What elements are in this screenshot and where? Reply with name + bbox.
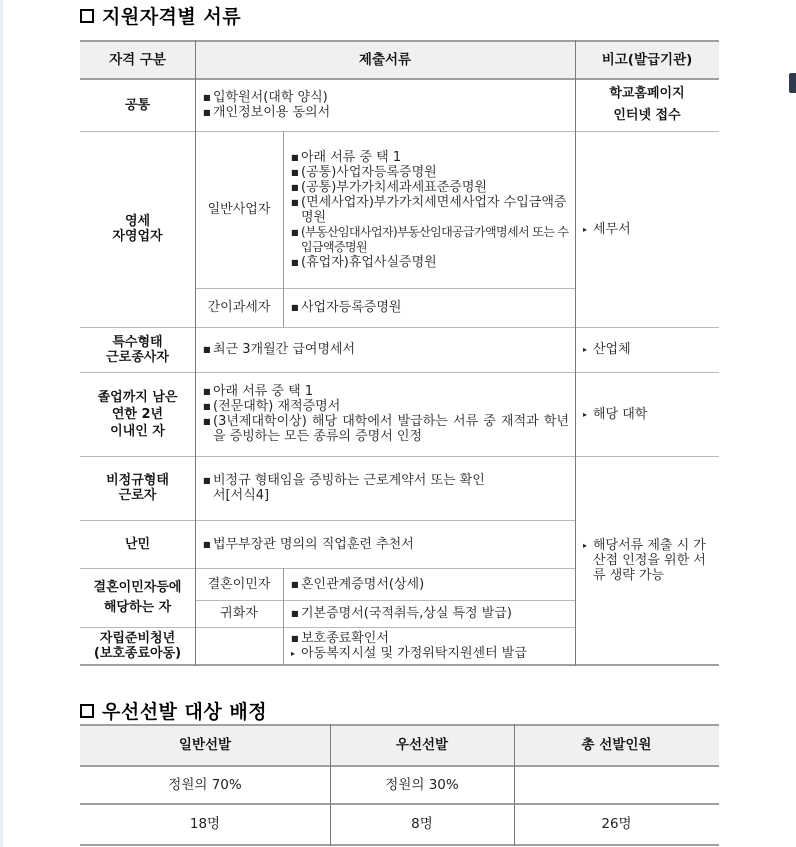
square-bullet-icon: ■ bbox=[291, 255, 299, 270]
row-divider bbox=[80, 327, 719, 328]
row-divider bbox=[80, 627, 575, 628]
row-divider bbox=[80, 568, 575, 569]
independent-youth-docs: ■보호종료확인서 ▸아동복지시설 및 가정위탁지원센터 발급 bbox=[283, 627, 575, 665]
column-divider bbox=[575, 40, 576, 666]
table-bottom-border bbox=[80, 844, 719, 846]
cell-general-count: 18명 bbox=[80, 804, 330, 845]
triangle-bullet-icon: ▸ bbox=[583, 222, 587, 237]
header-bottom-border bbox=[80, 765, 719, 767]
header-bottom-border bbox=[80, 78, 719, 80]
left-edge-strip bbox=[0, 0, 3, 847]
square-bullet-icon: ■ bbox=[203, 105, 211, 120]
marriage-immigrant-docs: ■혼인관계증명서(상세) bbox=[283, 568, 575, 600]
special-workers-docs: ■최근 3개월간 급여명세서 bbox=[195, 327, 575, 372]
header-qualification: 자격 구분 bbox=[80, 41, 195, 79]
common-docs: ■입학원서(대학 양식) ■개인정보이용 동의서 bbox=[195, 79, 575, 131]
square-bullet-icon: ■ bbox=[291, 165, 299, 180]
cell-priority-ratio: 정원의 30% bbox=[330, 766, 514, 804]
row-label-independent-youth: 자립준비청년 (보호종료아동) bbox=[80, 627, 195, 665]
refugee-docs: ■법무부장관 명의의 직업훈련 추천서 bbox=[195, 520, 575, 568]
list-item: ■개인정보이용 동의서 bbox=[203, 105, 330, 120]
triangle-bullet-icon: ▸ bbox=[583, 342, 587, 357]
list-item: ■(공통)부가가치세과세표준증명원 bbox=[291, 180, 569, 195]
header-total-selection: 총 선발인원 bbox=[514, 725, 719, 766]
row-label-marriage-immigrant: 결혼이민자등에 해당하는 자 bbox=[80, 568, 195, 627]
square-bullet-icon: ■ bbox=[291, 577, 299, 592]
square-bullet-icon: ■ bbox=[291, 150, 299, 165]
cell-total-count: 26명 bbox=[514, 804, 719, 845]
graduating-remark: ▸해당 대학 bbox=[575, 372, 719, 456]
section-title-documents: 지원자격별 서류 bbox=[80, 2, 241, 29]
column-divider bbox=[283, 568, 284, 666]
row-label-graduating: 졸업까지 남은 연한 2년 이내인 자 bbox=[80, 372, 195, 456]
list-item: ▸아동복지시설 및 가정위탁지원센터 발급 bbox=[291, 646, 527, 661]
square-bullet-icon: ■ bbox=[203, 384, 211, 399]
scrollbar-thumb[interactable] bbox=[789, 73, 796, 93]
triangle-bullet-icon: ▸ bbox=[583, 407, 587, 422]
list-item: ■아래 서류 중 택 1 bbox=[291, 150, 569, 165]
square-bullet-icon: ■ bbox=[203, 537, 211, 552]
graduating-docs: ■아래 서류 중 택 1 ■(전문대학) 재적증명서 ■(3년제대학이상) 해당… bbox=[195, 372, 575, 456]
row-divider bbox=[80, 372, 719, 373]
section-title-text: 우선선발 대상 배정 bbox=[102, 697, 267, 724]
square-bullet-icon: ■ bbox=[291, 180, 299, 195]
list-item: ■(3년제대학이상) 해당 대학에서 발급하는 서류 중 재적과 학년을 증빙하… bbox=[203, 414, 569, 444]
row-label-refugee: 난민 bbox=[80, 520, 195, 568]
header-documents: 제출서류 bbox=[195, 41, 575, 79]
column-divider bbox=[330, 724, 331, 846]
square-bullet-icon: ■ bbox=[203, 414, 211, 429]
row-divider bbox=[195, 600, 575, 601]
row-label-common: 공통 bbox=[80, 79, 195, 131]
section-title-text: 지원자격별 서류 bbox=[102, 2, 241, 29]
checkbox-square-icon bbox=[80, 9, 94, 23]
triangle-bullet-icon: ▸ bbox=[583, 538, 587, 553]
list-item: ■아래 서류 중 택 1 bbox=[203, 384, 569, 399]
self-employed-remark: ▸세무서 bbox=[575, 131, 719, 327]
list-item: ■최근 3개월간 급여명세서 bbox=[203, 342, 355, 357]
list-item: ■입학원서(대학 양식) bbox=[203, 90, 330, 105]
square-bullet-icon: ■ bbox=[291, 195, 299, 210]
column-divider bbox=[283, 131, 284, 327]
row-divider bbox=[80, 131, 719, 132]
row-divider bbox=[195, 288, 575, 289]
sub-label-marriage-immigrant: 결혼이민자 bbox=[195, 568, 283, 600]
list-item: ■기본증명서(국적취득,상실 특정 발급) bbox=[291, 606, 512, 621]
general-business-docs: ■아래 서류 중 택 1 ■(공통)사업자등록증명원 ■(공통)부가가치세과세표… bbox=[283, 131, 575, 288]
row-label-self-employed: 영세 자영업자 bbox=[80, 131, 195, 327]
list-item: ■사업자등록증명원 bbox=[291, 300, 401, 315]
row-label-special-workers: 특수형태 근로종사자 bbox=[80, 327, 195, 372]
header-remarks: 비고(발급기관) bbox=[575, 41, 719, 79]
square-bullet-icon: ■ bbox=[203, 342, 211, 357]
checkbox-square-icon bbox=[80, 704, 94, 718]
list-item: ■(부동산임대사업자)부동산임대공급가액명세서 또는 수입금액증명원 bbox=[291, 225, 569, 255]
list-item: ■(공통)사업자등록증명원 bbox=[291, 165, 569, 180]
shared-remark: ▸해당서류 제출 시 가산점 인정을 위한 서류 생략 가능 bbox=[575, 456, 719, 665]
square-bullet-icon: ■ bbox=[291, 300, 299, 315]
list-item: ■(휴업자)휴업사실증명원 bbox=[291, 255, 569, 270]
table-top-border bbox=[80, 724, 719, 726]
row-divider bbox=[80, 803, 719, 805]
sub-label-simplified-taxpayer: 간이과세자 bbox=[195, 288, 283, 327]
section-title-priority: 우선선발 대상 배정 bbox=[80, 697, 267, 724]
square-bullet-icon: ■ bbox=[203, 399, 211, 414]
irregular-docs: ■비정규 형태임을 증빙하는 근로계약서 또는 확인서[서식4] bbox=[195, 456, 495, 520]
list-item: ■비정규 형태임을 증빙하는 근로계약서 또는 확인서[서식4] bbox=[203, 473, 495, 503]
row-divider bbox=[80, 456, 719, 457]
list-item: ■(면세사업자)부가가치세면세사업자 수입금액증명원 bbox=[291, 195, 569, 225]
list-item: ■(전문대학) 재적증명서 bbox=[203, 399, 569, 414]
square-bullet-icon: ■ bbox=[291, 631, 299, 646]
triangle-bullet-icon: ▸ bbox=[291, 646, 295, 661]
cell-total-ratio bbox=[514, 766, 719, 804]
square-bullet-icon: ■ bbox=[203, 90, 211, 105]
row-divider bbox=[80, 520, 575, 521]
header-general-selection: 일반선발 bbox=[80, 725, 330, 766]
list-item: ■혼인관계증명서(상세) bbox=[291, 577, 424, 592]
list-item: ■보호종료확인서 bbox=[291, 631, 527, 646]
table-bottom-border bbox=[80, 664, 719, 666]
naturalized-docs: ■기본증명서(국적취득,상실 특정 발급) bbox=[283, 600, 575, 627]
square-bullet-icon: ■ bbox=[291, 606, 299, 621]
common-remark: 학교홈페이지 인터넷 접수 bbox=[575, 79, 719, 131]
sub-label-naturalized: 귀화자 bbox=[195, 600, 283, 627]
column-divider bbox=[195, 40, 196, 666]
square-bullet-icon: ■ bbox=[291, 225, 299, 240]
table-top-border bbox=[80, 40, 719, 42]
column-divider bbox=[514, 724, 515, 846]
sub-label-general-business: 일반사업자 bbox=[195, 131, 283, 288]
list-item: ■법무부장관 명의의 직업훈련 추천서 bbox=[203, 537, 414, 552]
square-bullet-icon: ■ bbox=[203, 473, 211, 488]
simplified-taxpayer-docs: ■사업자등록증명원 bbox=[283, 288, 575, 327]
row-label-irregular: 비정규형태 근로자 bbox=[80, 456, 195, 520]
special-workers-remark: ▸산업체 bbox=[575, 327, 719, 372]
cell-general-ratio: 정원의 70% bbox=[80, 766, 330, 804]
header-priority-selection: 우선선발 bbox=[330, 725, 514, 766]
cell-priority-count: 8명 bbox=[330, 804, 514, 845]
